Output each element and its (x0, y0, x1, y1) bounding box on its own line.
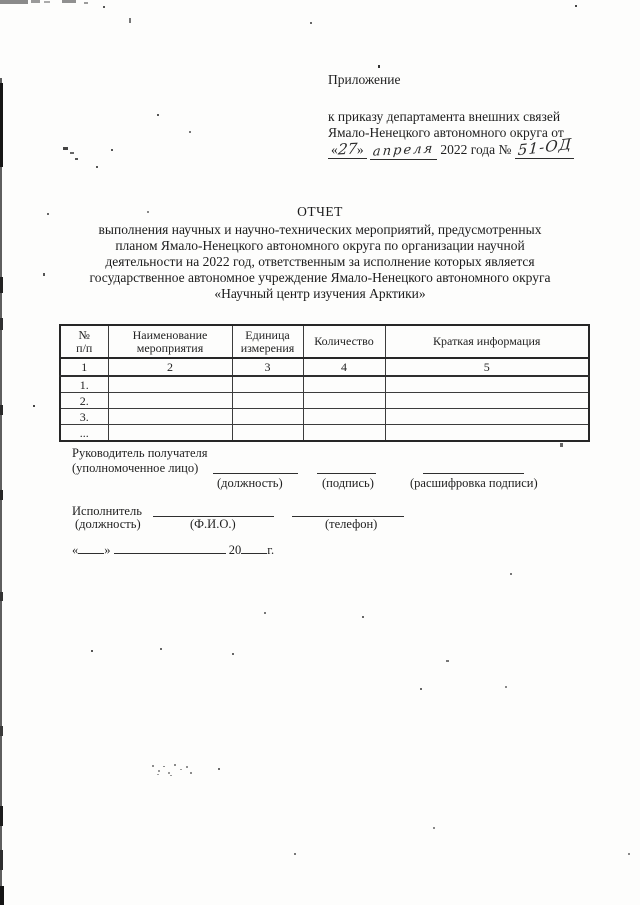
table-cell-empty (108, 376, 232, 393)
scan-artifact-edge-blob (0, 886, 4, 905)
scan-artifact-smudge (186, 766, 188, 768)
executor-position-label: (должность) (75, 517, 141, 532)
handwritten-order-number: 51-ОД (517, 137, 572, 159)
table-row: ... (60, 425, 589, 442)
column-number: 2 (108, 358, 232, 376)
signature-label: (подпись) (322, 476, 374, 491)
scan-artifact-speck (433, 827, 435, 829)
scan-artifact-speck (33, 405, 35, 407)
scan-artifact-speck (446, 660, 449, 662)
blank-underline-position (213, 461, 298, 474)
scan-artifact-smudge (152, 765, 154, 767)
date-close-quote: » (104, 543, 110, 557)
scan-artifact-edge-blob (0, 318, 3, 330)
table-cell-empty (385, 409, 589, 425)
order-reference-line1: к приказу департамента внешних связей (328, 109, 628, 125)
col-header-unit: Единицаизмерения (232, 325, 303, 358)
executor-fio-label: (Ф.И.О.) (190, 517, 236, 532)
scan-artifact-edge-blob (0, 806, 3, 826)
table-cell-empty (303, 393, 385, 409)
table-cell-empty (108, 393, 232, 409)
blank-underline-signature (317, 461, 376, 474)
scan-artifact-speck (232, 653, 234, 655)
scan-artifact-speck (129, 18, 131, 23)
col-header-brief-info: Краткая информация (385, 325, 589, 358)
report-title-line: планом Ямало-Ненецкого автономного округ… (40, 238, 600, 254)
scan-artifact-smudge (218, 768, 220, 770)
scanned-document-page: Приложение к приказу департамента внешни… (0, 0, 640, 905)
scan-artifact-topbar (62, 0, 76, 3)
row-label: 1. (60, 376, 108, 393)
scan-artifact-edge-blob (0, 490, 3, 500)
report-title-line: выполнения научных и научно-технических … (40, 222, 600, 238)
table-cell-empty (385, 393, 589, 409)
date-year-prefix: 20 (229, 543, 242, 557)
scan-artifact-smudge (180, 769, 182, 770)
blank-underline-executor-phone (292, 504, 404, 517)
table-cell-empty (108, 425, 232, 442)
col-header-number: №п/п (60, 325, 108, 358)
executor-phone-label: (телефон) (325, 517, 377, 532)
handwritten-month-field: апреля (370, 142, 437, 160)
scan-artifact-topbar (31, 0, 40, 3)
report-table: №п/п Наименованиемероприятия Единицаизме… (59, 324, 590, 442)
handwritten-month: апреля (372, 141, 435, 160)
scan-artifact-speck (157, 114, 159, 116)
scan-artifact-speck (510, 573, 512, 575)
report-title-line: государственное автономное учреждение Ям… (40, 270, 600, 286)
blank-underline-day (78, 542, 104, 554)
table-cell-empty (232, 409, 303, 425)
table-cell-empty (232, 376, 303, 393)
report-title-line: деятельности на 2022 год, ответственным … (40, 254, 600, 270)
scan-artifact-speck (294, 853, 296, 855)
scan-artifact-edge-blob (0, 83, 3, 167)
scan-artifact-smudge (174, 764, 176, 766)
scan-artifact-speck (96, 166, 98, 168)
scan-artifact-edge-blob (0, 277, 3, 293)
table-cell-empty (108, 409, 232, 425)
scan-artifact-speck (310, 22, 312, 24)
date-year-suffix: г. (267, 543, 274, 557)
table-row: 1. (60, 376, 589, 393)
blank-underline-month (114, 542, 226, 554)
recipient-head-subtitle: (уполномоченное лицо) (72, 461, 198, 476)
column-number: 1 (60, 358, 108, 376)
scan-artifact-edge-blob (0, 592, 3, 601)
table-cell-empty (303, 425, 385, 442)
signature-transcript-label: (расшифровка подписи) (410, 476, 538, 491)
table-cell-empty (385, 376, 589, 393)
handwritten-day: 27 (337, 142, 358, 158)
col-header-event-name: Наименованиемероприятия (108, 325, 232, 358)
blank-underline-executor-name (153, 504, 274, 517)
scan-artifact-topbar (0, 0, 28, 4)
scan-artifact-speck (362, 616, 364, 618)
order-date-rest: 2022 года № (440, 142, 511, 157)
scan-artifact-speck (111, 149, 113, 151)
scan-artifact-speck (189, 131, 191, 133)
table-cell-empty (303, 409, 385, 425)
report-title-line: «Научный центр изучения Арктики» (40, 286, 600, 302)
order-date-line: «27» апреля 2022 года № 51-ОД (328, 142, 628, 160)
position-label: (должность) (217, 476, 283, 491)
scan-artifact-smudge (190, 772, 192, 774)
scan-artifact-speck (560, 443, 563, 447)
close-quote: » (357, 142, 364, 157)
scan-artifact-speck (378, 65, 380, 68)
table-cell-empty (232, 393, 303, 409)
date-fill-line: «» 20г. (72, 542, 274, 558)
scan-artifact-speck (63, 147, 68, 150)
scan-artifact-topbar (84, 2, 88, 4)
table-cell-empty (385, 425, 589, 442)
blank-underline-year (241, 542, 267, 554)
table-column-number-row: 1 2 3 4 5 (60, 358, 589, 376)
scan-artifact-speck (91, 650, 93, 652)
recipient-head-title: Руководитель получателя (72, 446, 208, 461)
scan-artifact-edge-blob (0, 405, 3, 415)
scan-artifact-speck (575, 5, 577, 7)
table-row: 3. (60, 409, 589, 425)
scan-artifact-smudge (168, 772, 170, 774)
scan-artifact-speck (75, 158, 78, 160)
scan-artifact-speck (420, 688, 422, 690)
scan-artifact-smudge (163, 766, 165, 767)
blank-underline-transcript (423, 461, 524, 474)
report-heading: ОТЧЕТ (40, 204, 600, 220)
column-number: 3 (232, 358, 303, 376)
handwritten-number-field: 51-ОД (515, 142, 575, 159)
scan-artifact-speck (505, 686, 507, 688)
scan-artifact-smudge (170, 775, 172, 776)
column-number: 4 (303, 358, 385, 376)
table-cell-empty (303, 376, 385, 393)
scan-artifact-speck (628, 853, 630, 855)
scan-artifact-speck (70, 152, 74, 154)
row-label: ... (60, 425, 108, 442)
handwritten-day-field: «27» (328, 142, 367, 159)
row-label: 2. (60, 393, 108, 409)
table-header-row: №п/п Наименованиемероприятия Единицаизме… (60, 325, 589, 358)
table-row: 2. (60, 393, 589, 409)
scan-artifact-speck (103, 6, 105, 8)
order-reference-block: к приказу департамента внешних связей Ям… (328, 109, 628, 160)
scan-artifact-edge-blob (0, 850, 3, 870)
scan-artifact-topbar (44, 1, 50, 3)
scan-artifact-smudge (158, 770, 160, 772)
order-reference-line2: Ямало-Ненецкого автономного округа от (328, 125, 628, 141)
column-number: 5 (385, 358, 589, 376)
scan-artifact-smudge (157, 774, 159, 775)
appendix-label: Приложение (328, 72, 400, 88)
report-title-block: ОТЧЕТ выполнения научных и научно-технич… (40, 204, 600, 302)
table-cell-empty (232, 425, 303, 442)
row-label: 3. (60, 409, 108, 425)
scan-artifact-speck (264, 612, 266, 614)
scan-artifact-speck (160, 648, 162, 650)
col-header-quantity: Количество (303, 325, 385, 358)
scan-artifact-edge-blob (0, 726, 3, 736)
